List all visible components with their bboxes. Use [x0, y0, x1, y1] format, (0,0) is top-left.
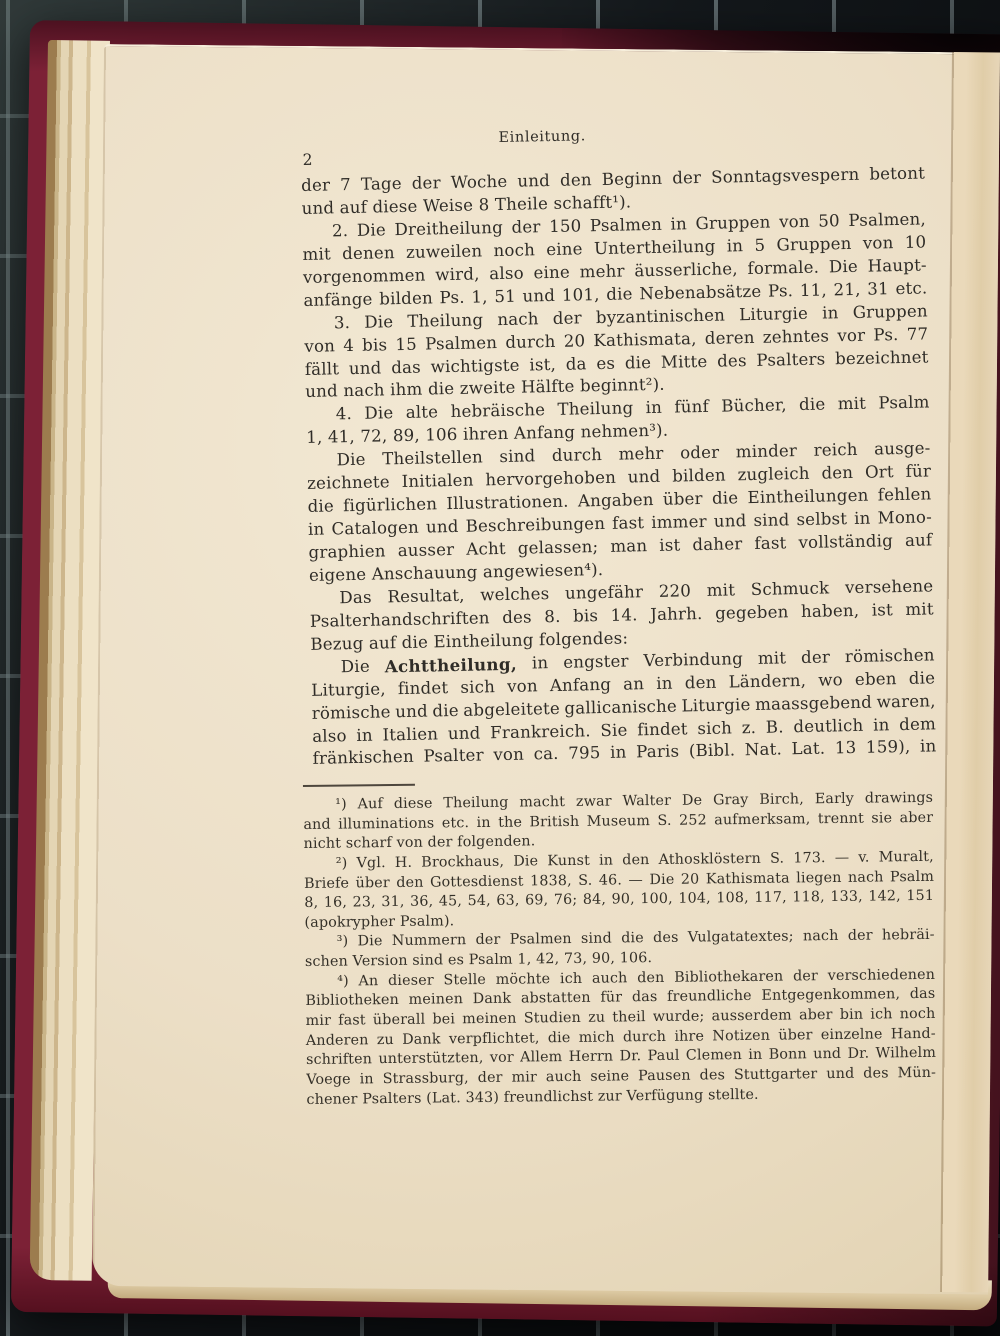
word: noch [900, 1006, 936, 1026]
word: in [748, 1047, 762, 1067]
word: 104, [678, 891, 711, 911]
word: auch [592, 970, 628, 990]
word: An [358, 973, 378, 993]
word: Liturgie [739, 303, 808, 327]
word: Mün- [897, 1065, 936, 1085]
word: Kunst [547, 853, 590, 873]
word: also [489, 263, 524, 287]
word: Liturgie, [311, 679, 386, 703]
word: bilden [672, 466, 726, 490]
word: Paul [648, 1048, 680, 1068]
word: fast [612, 513, 644, 537]
word: vor [837, 325, 865, 348]
word: mit [905, 599, 934, 623]
word: die [432, 700, 459, 723]
word: der [793, 968, 818, 988]
word: vor [490, 1050, 514, 1070]
word: Die [357, 220, 387, 244]
word: Strassburg, [383, 1070, 469, 1091]
word: nach [803, 928, 839, 948]
word: Psalters [756, 349, 825, 373]
word: 10 [905, 232, 927, 255]
word: macht [519, 794, 565, 814]
word: bis [573, 606, 599, 629]
word: in [854, 509, 871, 532]
word: zeichnete [307, 472, 390, 497]
word: wo [818, 670, 843, 693]
word: 51 [494, 286, 516, 309]
word: ²) [336, 855, 348, 875]
word: 4 [343, 336, 354, 359]
word: Hand- [891, 1026, 936, 1046]
word: S. [770, 850, 784, 870]
word: Haupt- [867, 255, 927, 279]
word: 84, [583, 892, 606, 912]
word: zwar [576, 793, 612, 813]
word: mehr [579, 261, 624, 285]
word: des [863, 1065, 889, 1085]
word: und [448, 723, 481, 747]
word: 100, [640, 891, 673, 911]
word: den [396, 874, 424, 894]
word: der [412, 173, 441, 197]
word: Die [364, 312, 394, 336]
word: Studien [524, 1010, 581, 1030]
word: 50 [818, 211, 840, 234]
word: 173. [793, 850, 826, 870]
word: der [475, 932, 500, 952]
word: Dank [473, 991, 512, 1011]
word: 108, [716, 890, 749, 910]
word: in [610, 743, 627, 766]
word: Nebenabsätze [639, 281, 761, 306]
word: sich [460, 677, 495, 701]
word: Achttheilung, [385, 653, 518, 679]
word: 31 [867, 279, 889, 302]
word: und [826, 1066, 854, 1086]
word: Liturgie [681, 695, 750, 719]
word: fehlen [878, 485, 932, 509]
word: findet [398, 678, 449, 702]
word: das [910, 986, 936, 1006]
word: mir [511, 1069, 537, 1089]
word: etc. [442, 815, 470, 835]
word: ist [659, 535, 681, 558]
word: noch [493, 240, 535, 264]
word: die [909, 668, 936, 691]
word: 8. [544, 607, 561, 630]
word: betont [869, 163, 925, 187]
word: über [663, 489, 703, 513]
word: alte [406, 403, 439, 427]
word: Psalmen, [848, 209, 926, 233]
word: Dr. [847, 1046, 869, 1066]
word: von [863, 233, 894, 257]
word: und [813, 1046, 841, 1066]
word: zu [588, 1010, 605, 1030]
text-segment: schen Version sind es Psalm 1, 42, 73, 9… [305, 950, 652, 970]
word: 1, [471, 287, 488, 310]
word: Brockhaus, [421, 854, 504, 875]
word: hebräi- [882, 927, 935, 947]
word: in [308, 520, 325, 543]
body-text: der7TagederWocheunddenBeginnderSonntagsv… [301, 163, 937, 772]
word: sich [697, 718, 732, 742]
word: die [307, 497, 334, 520]
word: Auf [358, 796, 384, 816]
word: Gruppen [776, 234, 851, 258]
word: und [522, 286, 555, 310]
word: sind [499, 447, 535, 471]
word: sie [871, 810, 892, 830]
word: Schmuck [751, 578, 830, 603]
word: Ps. [439, 287, 465, 310]
word: ist [872, 600, 894, 623]
word: und [517, 171, 550, 195]
word: etc. [895, 278, 927, 302]
word: in [873, 715, 890, 738]
word: freundliche [667, 988, 752, 1009]
word: gallicanische [564, 696, 677, 721]
word: Gray [713, 792, 749, 812]
word: anfänge [303, 289, 373, 313]
word: mit [838, 394, 867, 418]
word: Beginn [602, 169, 663, 193]
word: Stelle [443, 972, 486, 992]
word: in [645, 398, 662, 421]
word: fast [754, 533, 786, 557]
word: aber [799, 1007, 833, 1027]
word: den [685, 672, 717, 696]
word: Vulgatatextes; [688, 929, 794, 950]
word: 45, [439, 893, 462, 913]
word: zuweilen [406, 241, 483, 265]
word: — [835, 850, 850, 870]
word: bei [432, 1011, 455, 1031]
word: einzelne [821, 1026, 883, 1046]
word: der [301, 175, 330, 199]
word: 101, [562, 285, 600, 309]
word: auch [546, 1069, 582, 1089]
word: in [356, 725, 373, 748]
word: Paris [636, 742, 680, 766]
word: den [821, 463, 853, 487]
word: versehene [845, 576, 934, 601]
word: die [621, 931, 644, 951]
word: das [391, 357, 421, 381]
word: graphien [308, 541, 386, 565]
word: Briefe [304, 875, 349, 895]
text-segment: nicht scharf von der folgenden. [304, 834, 536, 853]
word: oder [680, 443, 720, 467]
page-number: 2 [302, 151, 312, 169]
word: Muralt, [879, 849, 934, 869]
word: mir [306, 1013, 332, 1033]
word: Stuttgarter [734, 1066, 818, 1087]
word: Walter [622, 793, 671, 813]
word: Ländern, [728, 671, 806, 695]
word: Acht [466, 539, 506, 563]
word: fast [338, 1012, 366, 1032]
word: dem [899, 714, 936, 738]
word: 7 [340, 175, 351, 198]
word: in [656, 673, 673, 696]
word: gelassen; [518, 537, 599, 562]
word: mit [302, 244, 331, 268]
word: Frankreich. [490, 721, 591, 746]
word: 54, [467, 893, 490, 913]
word: in [822, 303, 839, 326]
word: also [312, 726, 347, 750]
word: die [712, 488, 739, 511]
word: die [799, 395, 826, 418]
word: bis [362, 335, 388, 358]
word: das [632, 989, 658, 1009]
word: 142, [868, 888, 901, 908]
word: trennt [818, 810, 864, 830]
word: ich [560, 971, 582, 991]
word: die [606, 284, 633, 307]
word: 159), [866, 737, 911, 761]
word: Tage [361, 174, 402, 198]
word: durch [505, 331, 556, 355]
word: in [477, 815, 491, 835]
word: 4. [336, 404, 353, 427]
word: und [395, 701, 428, 725]
word: Anderen [306, 1032, 369, 1052]
word: 90, [611, 891, 634, 911]
word: v. [858, 849, 869, 869]
text-segment: (apokrypher Psalm). [304, 913, 454, 931]
word: Notizen [712, 1027, 770, 1047]
word: theil [612, 1009, 646, 1029]
word: des [502, 607, 532, 631]
word: der [553, 308, 582, 332]
word: ³) [337, 934, 349, 954]
word: Ps. [873, 325, 899, 348]
word: Mitte [661, 351, 708, 375]
word: von [304, 336, 335, 360]
word: Untertheilung [594, 236, 716, 261]
word: Psalmen [510, 931, 572, 951]
word: zugleich [737, 464, 810, 488]
word: Resultat, [387, 586, 465, 610]
word: Eintheilungen [747, 486, 868, 511]
word: durch [552, 445, 603, 469]
word: Lat. [791, 739, 825, 763]
word: welches [480, 584, 550, 608]
word: Verbindung [643, 649, 743, 674]
word: Psalmen [425, 333, 498, 357]
word: Die [336, 450, 366, 474]
word: von [507, 676, 538, 700]
word: 20 [564, 331, 586, 354]
word: für [905, 462, 931, 485]
word: abstatten [521, 990, 591, 1010]
word: die [625, 353, 652, 376]
word: äusserliche, [634, 259, 738, 284]
word: überall [373, 1012, 426, 1032]
word: Bücher, [721, 396, 787, 420]
word: eben [855, 669, 897, 693]
word: fällt [305, 359, 340, 383]
word: Nummern [392, 933, 467, 953]
word: in [360, 1071, 374, 1091]
word: es [596, 353, 615, 376]
word: bilden [379, 288, 433, 312]
word: 21, [833, 279, 860, 302]
word: Museum [587, 813, 651, 833]
word: 2. [332, 221, 349, 244]
word: Die [358, 934, 383, 954]
word: vorgenommen [303, 265, 426, 290]
word: 117, [754, 890, 787, 910]
word: des [653, 930, 679, 950]
word: Die [829, 257, 859, 281]
word: und [714, 511, 747, 535]
word: ¹) [335, 797, 347, 817]
word: immer [651, 512, 707, 536]
word: eine [546, 239, 583, 263]
word: in [920, 737, 937, 760]
word: mich [579, 1029, 615, 1049]
word: 31, [381, 894, 404, 914]
word: Psalmen [590, 215, 663, 239]
footnote-text: ¹)AufdieseTheilungmachtzwarWalterDeGrayB… [303, 790, 937, 1111]
word: verpflichtet, [449, 1030, 540, 1051]
word: den [622, 852, 650, 872]
word: in [532, 653, 549, 676]
word: der [511, 217, 540, 241]
word: durch [623, 1029, 666, 1049]
word: ausserdem [712, 1008, 792, 1029]
word: and [303, 816, 331, 836]
word: gegeben [715, 602, 789, 626]
word: bezeichnet [835, 347, 929, 372]
word: Dank [402, 1031, 441, 1051]
word: über [355, 875, 389, 895]
word: Gruppen [695, 212, 770, 236]
word: Jahrh. [650, 604, 703, 628]
word: Kathismata, [593, 329, 697, 354]
word: S. [657, 812, 671, 832]
word: sind [753, 510, 789, 534]
word: Woche [451, 172, 508, 196]
word: aufmerksam, [714, 811, 810, 832]
word: Athosklöstern [659, 851, 762, 872]
word: 118, [792, 889, 825, 909]
word: Birch, [759, 791, 804, 811]
word: De [682, 792, 702, 812]
word: Die [364, 404, 394, 428]
word: an [623, 674, 644, 697]
word: Allem [520, 1049, 562, 1069]
word: Voege [306, 1071, 351, 1091]
word: z. [742, 717, 757, 740]
word: Early [815, 791, 854, 811]
word: Gottesdienst [430, 873, 524, 894]
word: 5 [754, 236, 765, 259]
word: Die [649, 871, 674, 891]
word: 252 [679, 812, 707, 832]
word: 69, [525, 892, 548, 912]
word: bin [840, 1007, 864, 1027]
word: Initialen [401, 471, 473, 495]
word: Kathismata [706, 870, 790, 891]
word: nach [848, 869, 884, 889]
word: denen [342, 243, 395, 267]
word: den [560, 170, 592, 194]
word: deutlich [793, 715, 863, 739]
word: sind [581, 931, 612, 951]
word: auf [905, 530, 933, 553]
word: aber [900, 809, 934, 829]
word: Bibliothekaren [674, 968, 783, 989]
word: in [599, 852, 613, 872]
word: und [628, 467, 661, 491]
word: in [670, 214, 687, 237]
word: daher [692, 534, 742, 558]
word: abgeleitete [463, 698, 560, 723]
word: ausge- [874, 439, 931, 463]
word: fünf [674, 397, 709, 421]
word: (Bibl. [689, 741, 736, 765]
word: formale. [747, 257, 819, 281]
word: wichtigste [430, 355, 520, 380]
word: 8, [304, 895, 318, 915]
word: Pausen [638, 1068, 691, 1088]
word: drawings [865, 790, 933, 810]
word: byzantinischen [596, 305, 726, 331]
word: unterstützten, [378, 1050, 483, 1071]
word: Psalter [423, 746, 484, 770]
word: zehntes [763, 326, 830, 350]
word: über [778, 1027, 812, 1047]
word: S. [578, 872, 592, 892]
word: eine [533, 262, 570, 286]
word: des [700, 1067, 726, 1087]
word: den [637, 970, 665, 990]
word: Angaben [578, 490, 654, 514]
word: 13 [835, 738, 857, 761]
word: Catalogen [331, 518, 419, 543]
word: Bibliotheken [305, 992, 399, 1013]
word: 133, [830, 889, 863, 909]
word: mit [707, 580, 736, 604]
word: ungefähr [565, 582, 644, 606]
word: man [610, 536, 647, 560]
word: 150 [549, 216, 582, 240]
word: zu [377, 1032, 394, 1052]
word: ausser [398, 540, 455, 564]
word: dieser [388, 972, 434, 992]
word: und [349, 358, 382, 382]
word: wurde; [653, 1009, 705, 1029]
word: 76; [554, 892, 578, 912]
word: Beschreibungen [465, 514, 605, 540]
word: 20 [681, 871, 700, 891]
word: für [600, 990, 622, 1010]
word: Dr. [619, 1049, 641, 1069]
word: hebräische [450, 401, 545, 426]
word: ca. [533, 744, 559, 767]
word: minder [736, 441, 798, 465]
word: Theilstellen [382, 448, 483, 473]
word: Sonntagsvespern [711, 165, 860, 191]
word: reich [813, 440, 857, 464]
word: römischen [845, 645, 935, 670]
word: haben, [801, 601, 860, 625]
